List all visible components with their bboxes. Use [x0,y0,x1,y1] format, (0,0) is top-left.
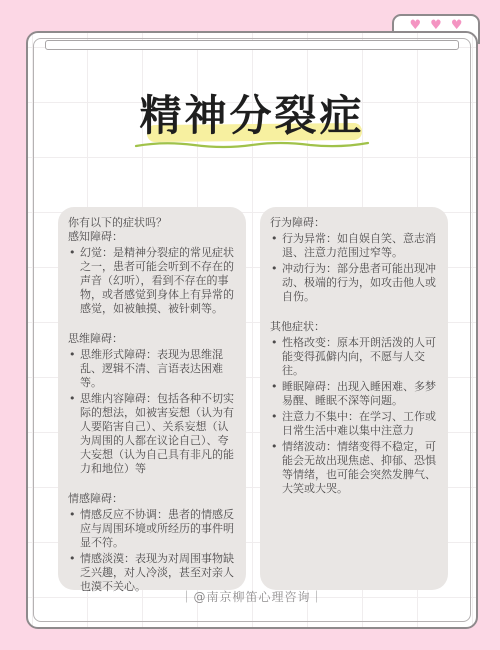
intro-question: 你有以下的症状吗？ [68,216,236,230]
section-other-symptoms: 其他症状： 性格改变：原本开朗活泼的人可能变得孤僻内向，不愿与人交往。 睡眠障碍… [270,320,438,496]
symptom-item: 睡眠障碍：出现入睡困难、多梦易醒、睡眠不深等问题。 [270,380,438,408]
symptom-item: 幻觉：是精神分裂症的常见症状之一，患者可能会听到不存在的声音（幻听），看到不存在… [68,246,236,316]
symptom-item: 情感反应不协调：患者的情感反应与周围环境或所经历的事件明显不符。 [68,508,236,550]
symptoms-panel-right: 行为障碍： 行为异常：如自娱自笑、意志消退、注意力范围过窄等。 冲动行为：部分患… [260,207,448,590]
main-card: 精神分裂症 你有以下的症状吗？ 感知障碍： 幻觉：是精神分裂症的常见症状之一，患… [26,31,478,629]
watermark-credit: ｜@南京柳笛心理咨询｜ [28,588,476,605]
symptom-item: 冲动行为：部分患者可能出现冲动、极端的行为，如攻击他人或自伤。 [270,262,438,304]
section-title: 感知障碍： [68,230,236,244]
section-perception-disorder: 感知障碍： 幻觉：是精神分裂症的常见症状之一，患者可能会听到不存在的声音（幻听）… [68,230,236,316]
title-block: 精神分裂症 [28,93,476,150]
section-title: 行为障碍： [270,216,438,230]
symptoms-panel-left: 你有以下的症状吗？ 感知障碍： 幻觉：是精神分裂症的常见症状之一，患者可能会听到… [58,207,246,590]
page-title: 精神分裂症 [139,93,364,139]
section-title: 情感障碍： [68,492,236,506]
symptom-item: 情绪波动：情绪变得不稳定，可能会无故出现焦虑、抑郁、恐惧等情绪，也可能会突然发脾… [270,440,438,496]
section-title: 思维障碍： [68,332,236,346]
symptom-item: 行为异常：如自娱自笑、意志消退、注意力范围过窄等。 [270,232,438,260]
section-title: 其他症状： [270,320,438,334]
section-thought-disorder: 思维障碍： 思维形式障碍：表现为思维混乱、逻辑不清、言语表达困难等。 思维内容障… [68,332,236,476]
symptom-item: 性格改变：原本开朗活泼的人可能变得孤僻内向，不愿与人交往。 [270,336,438,378]
title-highlight-marker [147,123,362,142]
poster-background: ♥ ♥ ♥ 精神分裂症 你有以下的症状吗？ 感知障碍： 幻觉：是精神分裂症的常见… [0,0,500,650]
decorative-top-bar [45,40,459,50]
section-affect-disorder: 情感障碍： 情感反应不协调：患者的情感反应与周围环境或所经历的事件明显不符。 情… [68,492,236,594]
symptom-item: 思维形式障碍：表现为思维混乱、逻辑不清、言语表达困难等。 [68,348,236,390]
symptom-item: 注意力不集中：在学习、工作或日常生活中难以集中注意力 [270,410,438,438]
section-behavior-disorder: 行为障碍： 行为异常：如自娱自笑、意志消退、注意力范围过窄等。 冲动行为：部分患… [270,216,438,304]
symptom-item: 思维内容障碍：包括各种不切实际的想法，如被害妄想（认为有人要陷害自己）、关系妄想… [68,392,236,476]
